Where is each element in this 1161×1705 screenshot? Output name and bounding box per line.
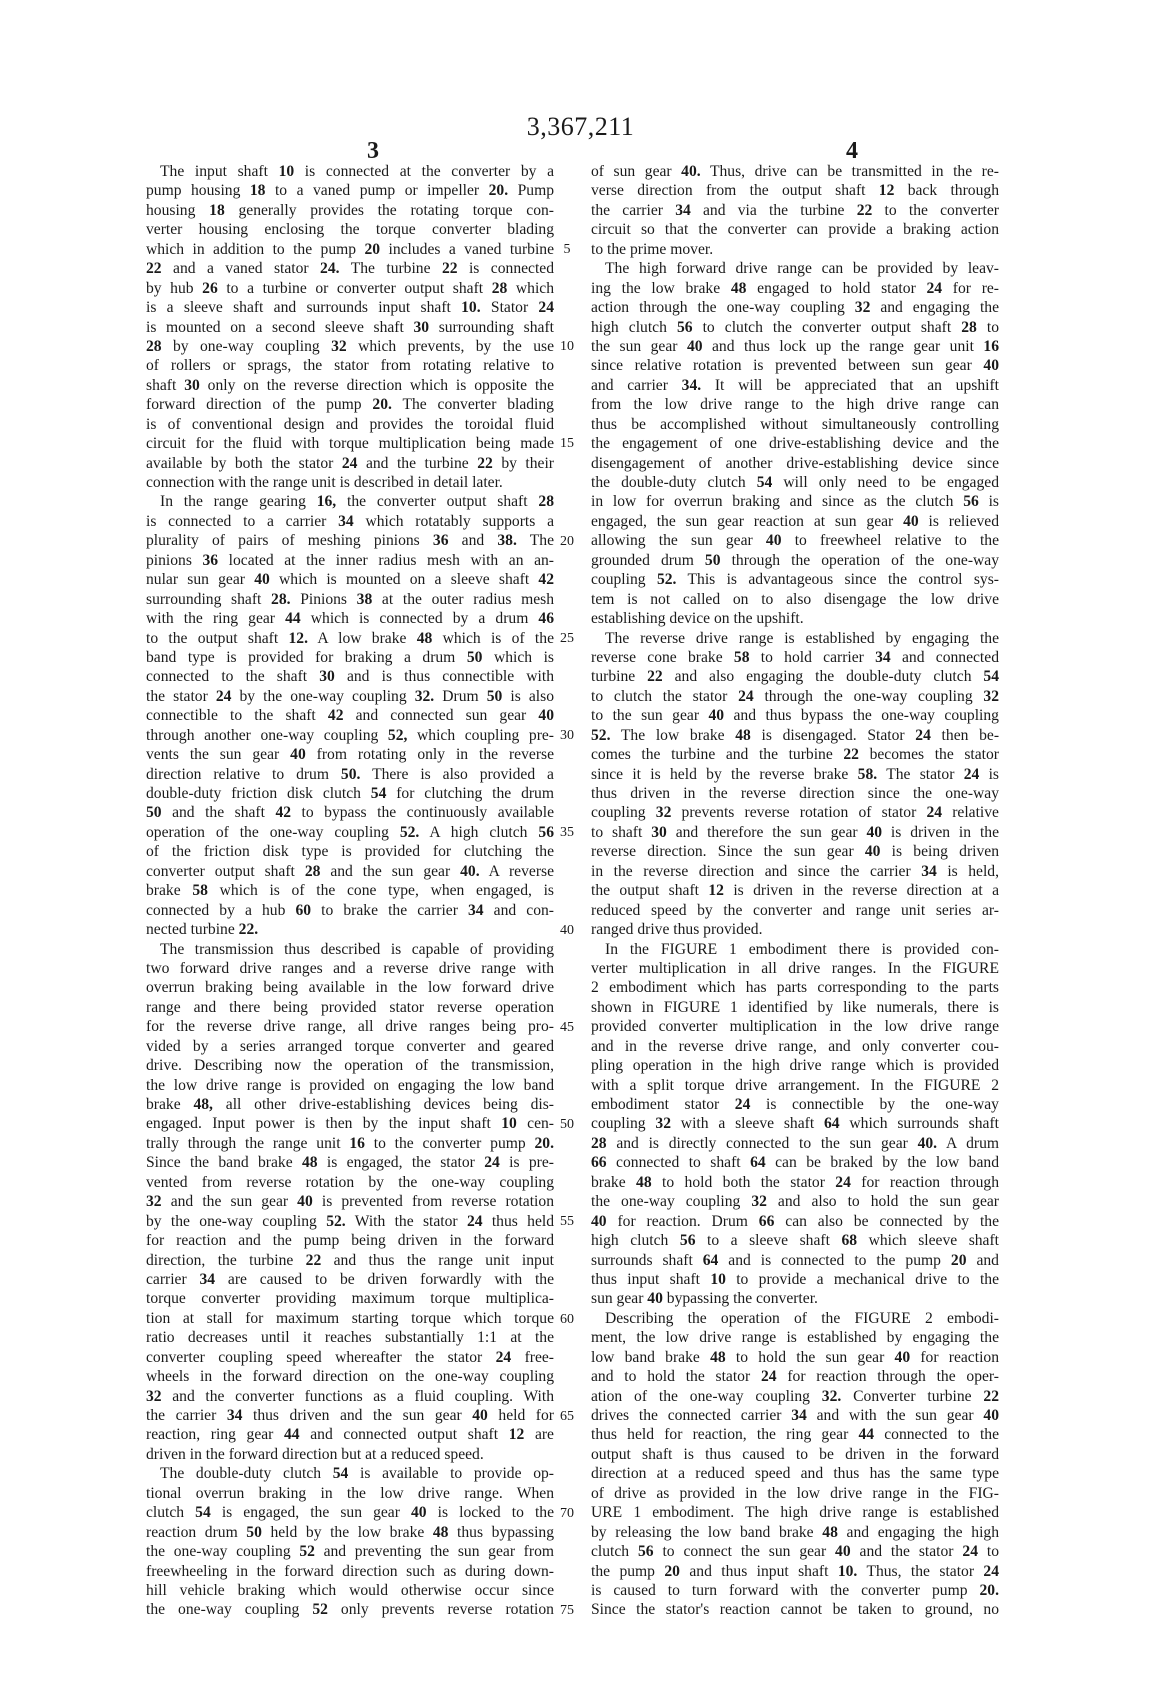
text-line: ing the low brake 48 engaged to hold sta… [591,279,999,298]
reference-numeral: 58 [192,882,208,899]
text-line: since relative rotation is prevented bet… [591,356,999,375]
reference-numeral: 56 [538,824,554,841]
line-number: 25 [556,631,578,647]
text-line: trally through the range unit 16 to the … [146,1134,554,1153]
reference-numeral: 24 [964,766,980,783]
reference-numeral: 28 [492,280,508,297]
text-line: The input shaft 10 is connected at the c… [146,162,554,181]
text-line: verse direction from the output shaft 12… [591,181,999,200]
reference-numeral: 40 [766,532,782,549]
text-line: through another one-way coupling 52, whi… [146,726,554,745]
reference-numeral: 48 [636,1174,652,1191]
reference-numeral: 24 [342,455,358,472]
reference-numeral: 24 [915,727,931,744]
text-line: nected turbine 22. [146,920,554,939]
text-line: connected by a hub 60 to brake the carri… [146,901,554,920]
text-line: shown in FIGURE 1 identified by like num… [591,998,999,1017]
text-line: reverse direction. Since the sun gear 40… [591,842,999,861]
reference-numeral: 54 [983,668,999,685]
reference-numeral: 32 [655,1115,671,1132]
text-line: direction relative to drum 50. There is … [146,765,554,784]
reference-numeral: 22 [306,1252,322,1269]
reference-numeral: 24 [761,1368,777,1385]
text-line: carrier 34 are caused to be driven forwa… [146,1270,554,1289]
text-line: of the friction disk type is provided fo… [146,842,554,861]
text-line: driven in the forward direction but at a… [146,1445,554,1464]
text-line: connection with the range unit is descri… [146,473,554,492]
reference-numeral: 10 [710,1271,726,1288]
text-line: circuit for the fluid with torque multip… [146,434,554,453]
text-line: ation of the one-way coupling 32. Conver… [591,1387,999,1406]
text-line: The double-duty clutch 54 is available t… [146,1464,554,1483]
reference-numeral: 10 [279,163,295,180]
text-line: verter multiplication in all drive range… [591,959,999,978]
text-line: In the range gearing 16, the converter o… [146,492,554,511]
text-line: band type is provided for braking a drum… [146,648,554,667]
line-number: 55 [556,1214,578,1230]
text-line: embodiment stator 24 is connectible by t… [591,1095,999,1114]
text-line: tion at stall for maximum starting torqu… [146,1309,554,1328]
text-line: the carrier 34 and via the turbine 22 to… [591,201,999,220]
text-line: sun gear 40 bypassing the converter. [591,1289,999,1308]
reference-numeral: 22 [843,746,859,763]
reference-numeral: 24 [467,1213,483,1230]
reference-numeral: 12 [509,1426,525,1443]
text-line: the one-way coupling 52 and preventing t… [146,1542,554,1561]
reference-numeral: 54 [333,1465,349,1482]
reference-numeral: 40 [866,824,882,841]
text-line: drives the connected carrier 34 and with… [591,1406,999,1425]
text-line: The reverse drive range is established b… [591,629,999,648]
line-number: 20 [556,534,578,550]
reference-numeral: 20. [489,182,509,199]
reference-numeral: 24. [320,260,340,277]
text-line: establishing device on the upshift. [591,609,999,628]
reference-numeral: 40 [538,707,554,724]
text-line: thus be accomplished without simultaneou… [591,415,999,434]
text-line: 2 embodiment which has parts correspondi… [591,978,999,997]
reference-numeral: 26 [202,280,218,297]
reference-numeral: 48 [433,1524,449,1541]
reference-numeral: 56 [638,1543,654,1560]
text-line: high clutch 56 to clutch the converter o… [591,318,999,337]
reference-numeral: 34 [338,513,354,530]
text-line: reduced speed by the converter and range… [591,901,999,920]
reference-numeral: 32 [146,1388,162,1405]
reference-numeral: 40 [472,1407,488,1424]
reference-numeral: 16, [317,493,337,510]
reference-numeral: 34 [227,1407,243,1424]
reference-numeral: 48 [822,1524,838,1541]
reference-numeral: 52. [591,727,611,744]
text-line: 40 for reaction. Drum 66 can also be con… [591,1212,999,1231]
reference-numeral: 40 [708,707,724,724]
left-text-column: The input shaft 10 is connected at the c… [146,162,554,1620]
reference-numeral: 52 [312,1601,328,1618]
reference-numeral: 28 [146,338,162,355]
reference-numeral: 40 [411,1504,427,1521]
text-line: housing 18 generally provides the rotati… [146,201,554,220]
reference-numeral: 58 [734,649,750,666]
text-line: to the sun gear 40 and thus bypass the o… [591,706,999,725]
reference-numeral: 52. [400,824,420,841]
text-line: of rollers or sprags, the stator from ro… [146,356,554,375]
reference-numeral: 66 [759,1213,775,1230]
text-line: The high forward drive range can be prov… [591,259,999,278]
text-line: pump housing 18 to a vaned pump or impel… [146,181,554,200]
line-number: 70 [556,1506,578,1522]
reference-numeral: 22. [239,921,259,938]
reference-numeral: 24 [738,688,754,705]
text-line: thus held for reaction, the ring gear 44… [591,1425,999,1444]
reference-numeral: 40 [591,1213,607,1230]
reference-numeral: 20. [372,396,392,413]
reference-numeral: 20. [980,1582,1000,1599]
reference-numeral: 48 [731,280,747,297]
reference-numeral: 40 [254,571,270,588]
text-line: by the one-way coupling 52. With the sta… [146,1212,554,1231]
reference-numeral: 40 [290,746,306,763]
reference-numeral: 24 [835,1174,851,1191]
text-line: 66 connected to shaft 64 can be braked b… [591,1153,999,1172]
text-line: with a split torque drive arrangement. I… [591,1076,999,1095]
reference-numeral: 40 [297,1193,313,1210]
reference-numeral: 40 [983,1407,999,1424]
text-line: vided by a series arranged torque conver… [146,1037,554,1056]
text-line: in low for overrun braking and since as … [591,492,999,511]
reference-numeral: 44 [285,610,301,627]
reference-numeral: 22 [442,260,458,277]
line-number: 30 [556,728,578,744]
text-line: to the output shaft 12. A low brake 48 w… [146,629,554,648]
reference-numeral: 42 [538,571,554,588]
reference-numeral: 10 [501,1115,517,1132]
text-line: to clutch the stator 24 through the one-… [591,687,999,706]
reference-numeral: 40. [918,1135,938,1152]
text-line: 28 by one-way coupling 32 which prevents… [146,337,554,356]
reference-numeral: 64 [824,1115,840,1132]
reference-numeral: 28 [538,493,554,510]
text-line: which in addition to the pump 20 include… [146,240,554,259]
reference-numeral: 48 [417,630,433,647]
text-line: turbine 22 and also engaging the double-… [591,667,999,686]
text-line: engaged, the sun gear reaction at sun ge… [591,512,999,531]
text-line: is a sleeve shaft and surrounds input sh… [146,298,554,317]
text-line: direction, the turbine 22 and thus the r… [146,1251,554,1270]
reference-numeral: 24 [735,1096,751,1113]
text-line: and in the reverse drive range, and only… [591,1037,999,1056]
text-line: to shaft 30 and therefore the sun gear 4… [591,823,999,842]
text-line: torque converter providing maximum torqu… [146,1289,554,1308]
reference-numeral: 64 [750,1154,766,1171]
reference-numeral: 30 [184,377,200,394]
reference-numeral: 24 [962,1543,978,1560]
reference-numeral: 38 [357,591,373,608]
text-line: available by both the stator 24 and the … [146,454,554,473]
reference-numeral: 34 [791,1407,807,1424]
text-line: the engagement of one drive-establishing… [591,434,999,453]
text-line: connectible to the shaft 42 and connecte… [146,706,554,725]
text-line: ranged drive thus provided. [591,920,999,939]
reference-numeral: 16 [983,338,999,355]
text-line: since it is held by the reverse brake 58… [591,765,999,784]
reference-numeral: 52, [388,727,408,744]
text-line: with the ring gear 44 which is connected… [146,609,554,628]
text-line: surrounds shaft 64 and is connected to t… [591,1251,999,1270]
text-line: coupling 32 prevents reverse rotation of… [591,803,999,822]
reference-numeral: 32 [983,688,999,705]
text-line: the one-way coupling 52 only prevents re… [146,1600,554,1619]
text-line: thus input shaft 10 to provide a mechani… [591,1270,999,1289]
text-line: output shaft is thus caused to be driven… [591,1445,999,1464]
text-line: high clutch 56 to a sleeve shaft 68 whic… [591,1231,999,1250]
text-line: low band brake 48 to hold the sun gear 4… [591,1348,999,1367]
text-line: is caused to turn forward with the conve… [591,1581,999,1600]
line-number: 75 [556,1603,578,1619]
text-line: URE 1 embodiment. The high drive range i… [591,1503,999,1522]
reference-numeral: 20 [951,1252,967,1269]
line-number: 35 [556,825,578,841]
reference-numeral: 32. [415,688,435,705]
text-line: the carrier 34 thus driven and the sun g… [146,1406,554,1425]
reference-numeral: 18 [250,182,266,199]
text-line: circuit so that the converter can provid… [591,220,999,239]
text-line: verter housing enclosing the torque conv… [146,220,554,239]
reference-numeral: 40 [895,1349,911,1366]
reference-numeral: 38. [497,532,517,549]
line-number: 65 [556,1409,578,1425]
text-line: operation of the one-way coupling 52. A … [146,823,554,842]
text-line: is of conventional design and provides t… [146,415,554,434]
text-line: the one-way coupling 32 and also to hold… [591,1192,999,1211]
text-line: direction at a reduced speed and thus ha… [591,1464,999,1483]
reference-numeral: 22 [857,202,873,219]
reference-numeral: 40 [835,1543,851,1560]
text-line: wheels in the forward direction on the o… [146,1367,554,1386]
text-line: the low drive range is provided on engag… [146,1076,554,1095]
reference-numeral: 56 [677,319,693,336]
line-number: 60 [556,1312,578,1328]
reference-numeral: 66 [591,1154,607,1171]
reference-numeral: 32 [656,804,672,821]
line-number: 10 [556,339,578,355]
text-line: grounded drum 50 through the operation o… [591,551,999,570]
text-line: reverse cone brake 58 to hold carrier 34… [591,648,999,667]
text-line: surrounding shaft 28. Pinions 38 at the … [146,590,554,609]
text-line: 32 and the converter functions as a flui… [146,1387,554,1406]
reference-numeral: 24 [926,804,942,821]
text-line: two forward drive ranges and a reverse d… [146,959,554,978]
reference-numeral: 48 [302,1154,318,1171]
reference-numeral: 50 [487,688,503,705]
reference-numeral: 22 [983,1388,999,1405]
text-line: for the reverse drive range, all drive r… [146,1017,554,1036]
reference-numeral: 54 [757,474,773,491]
reference-numeral: 20 [664,1563,680,1580]
reference-numeral: 30 [651,824,667,841]
text-line: converter coupling speed whereafter the … [146,1348,554,1367]
reference-numeral: 50 [246,1524,262,1541]
reference-numeral: 34 [468,902,484,919]
text-line: freewheeling in the forward direction su… [146,1562,554,1581]
column-number-left: 3 [367,138,379,165]
text-line: the sun gear 40 and thus lock up the ran… [591,337,999,356]
reference-numeral: 22 [647,668,663,685]
text-line: reaction drum 50 held by the low brake 4… [146,1523,554,1542]
text-line: forward direction of the pump 20. The co… [146,395,554,414]
text-line: 22 and a vaned stator 24. The turbine 22… [146,259,554,278]
reference-numeral: 30 [413,319,429,336]
text-line: nular sun gear 40 which is mounted on a … [146,570,554,589]
reference-numeral: 12 [708,882,724,899]
reference-numeral: 40 [903,513,919,530]
reference-numeral: 24 [216,688,232,705]
reference-numeral: 24 [983,1563,999,1580]
reference-numeral: 34 [675,202,691,219]
reference-numeral: 22 [477,455,493,472]
reference-numeral: 42 [275,804,291,821]
reference-numeral: 48 [735,727,751,744]
text-line: provided converter multiplication in the… [591,1017,999,1036]
text-line: clutch 56 to connect the sun gear 40 and… [591,1542,999,1561]
reference-numeral: 34. [682,377,702,394]
text-line: 52. The low brake 48 is disengaged. Stat… [591,726,999,745]
line-number: 40 [556,923,578,939]
reference-numeral: 60 [295,902,311,919]
reference-numeral: 40. [460,863,480,880]
reference-numeral: 32. [822,1388,842,1405]
reference-numeral: 12 [879,182,895,199]
text-line: is connected to a carrier 34 which rotat… [146,512,554,531]
reference-numeral: 10. [461,299,481,316]
text-line: tem is not called on to also disengage t… [591,590,999,609]
text-line: coupling 52. This is advantageous since … [591,570,999,589]
text-line: by releasing the low band brake 48 and e… [591,1523,999,1542]
text-line: connected to the shaft 30 and is thus co… [146,667,554,686]
text-line: is mounted on a second sleeve shaft 30 s… [146,318,554,337]
line-number: 5 [556,242,578,258]
text-line: disengagement of another drive-establish… [591,454,999,473]
text-line: range and there being provided stator re… [146,998,554,1017]
text-line: brake 58 which is of the cone type, when… [146,881,554,900]
reference-numeral: 52. [326,1213,346,1230]
text-line: Since the band brake 48 is engaged, the … [146,1153,554,1172]
reference-numeral: 32 [855,299,871,316]
reference-numeral: 56 [680,1232,696,1249]
reference-numeral: 50 [146,804,162,821]
line-number: 15 [556,436,578,452]
text-line: converter output shaft 28 and the sun ge… [146,862,554,881]
reference-numeral: 40. [681,163,701,180]
text-line: coupling 32 with a sleeve shaft 64 which… [591,1114,999,1133]
text-line: reaction, ring gear 44 and connected out… [146,1425,554,1444]
reference-numeral: 48 [710,1349,726,1366]
text-line: and to hold the stator 24 for reaction t… [591,1367,999,1386]
text-line: In the FIGURE 1 embodiment there is prov… [591,940,999,959]
reference-numeral: 18 [209,202,225,219]
text-line: The transmission thus described is capab… [146,940,554,959]
reference-numeral: 36 [433,532,449,549]
text-line: by hub 26 to a turbine or converter outp… [146,279,554,298]
reference-numeral: 44 [858,1426,874,1443]
text-line: ratio decreases until it reaches substan… [146,1328,554,1347]
reference-numeral: 40 [865,843,881,860]
text-line: the stator 24 by the one-way coupling 32… [146,687,554,706]
text-line: double-duty friction disk clutch 54 for … [146,784,554,803]
reference-numeral: 12. [289,630,309,647]
reference-numeral: 50 [705,552,721,569]
reference-numeral: 42 [328,707,344,724]
text-line: the pump 20 and thus input shaft 10. Thu… [591,1562,999,1581]
reference-numeral: 24 [538,299,554,316]
reference-numeral: 20. [535,1135,555,1152]
text-line: tional overrun braking in the low drive … [146,1484,554,1503]
text-line: 32 and the sun gear 40 is prevented from… [146,1192,554,1211]
text-line: of sun gear 40. Thus, drive can be trans… [591,162,999,181]
text-line: engaged. Input power is then by the inpu… [146,1114,554,1133]
reference-numeral: 48, [193,1096,213,1113]
text-line: of drive as provided in the low drive ra… [591,1484,999,1503]
text-line: vents the sun gear 40 from rotating only… [146,745,554,764]
text-line: to the prime mover. [591,240,999,259]
text-line: the double-duty clutch 54 will only need… [591,473,999,492]
text-line: and carrier 34. It will be appreciated t… [591,376,999,395]
reference-numeral: 34 [200,1271,216,1288]
text-line: from the low drive range to the high dri… [591,395,999,414]
text-line: ment, the low drive range is established… [591,1328,999,1347]
reference-numeral: 10. [838,1563,858,1580]
reference-numeral: 16 [349,1135,365,1152]
text-line: pling operation in the high drive range … [591,1056,999,1075]
reference-numeral: 64 [703,1252,719,1269]
text-line: 28 and is directly connected to the sun … [591,1134,999,1153]
text-line: brake 48, all other drive-establishing d… [146,1095,554,1114]
reference-numeral: 40 [647,1290,663,1307]
reference-numeral: 24 [496,1349,512,1366]
reference-numeral: 28. [271,591,291,608]
reference-numeral: 20 [364,241,380,258]
text-line: vented from reverse rotation by the one-… [146,1173,554,1192]
text-line: overrun braking being available in the l… [146,978,554,997]
reference-numeral: 56 [963,493,979,510]
reference-numeral: 36 [203,552,219,569]
text-line: allowing the sun gear 40 to freewheel re… [591,531,999,550]
patent-number: 3,367,211 [0,112,1161,142]
text-line: thus driven in the reverse direction sin… [591,784,999,803]
reference-numeral: 40 [687,338,703,355]
reference-numeral: 34 [875,649,891,666]
text-line: action through the one-way coupling 32 a… [591,298,999,317]
reference-numeral: 24 [926,280,942,297]
text-line: the output shaft 12 is driven in the rev… [591,881,999,900]
reference-numeral: 54 [371,785,387,802]
reference-numeral: 28 [591,1135,607,1152]
text-line: 50 and the shaft 42 to bypass the contin… [146,803,554,822]
reference-numeral: 28 [961,319,977,336]
reference-numeral: 58. [858,766,878,783]
text-line: for reaction and the pump being driven i… [146,1231,554,1250]
text-line: Describing the operation of the FIGURE 2… [591,1309,999,1328]
reference-numeral: 32 [146,1193,162,1210]
reference-numeral: 24 [484,1154,500,1171]
reference-numeral: 32 [751,1193,767,1210]
text-line: brake 48 to hold both the stator 24 for … [591,1173,999,1192]
reference-numeral: 52. [657,571,677,588]
text-line: pinions 36 located at the inner radius m… [146,551,554,570]
reference-numeral: 32 [331,338,347,355]
reference-numeral: 30 [319,668,335,685]
text-line: clutch 54 is engaged, the sun gear 40 is… [146,1503,554,1522]
